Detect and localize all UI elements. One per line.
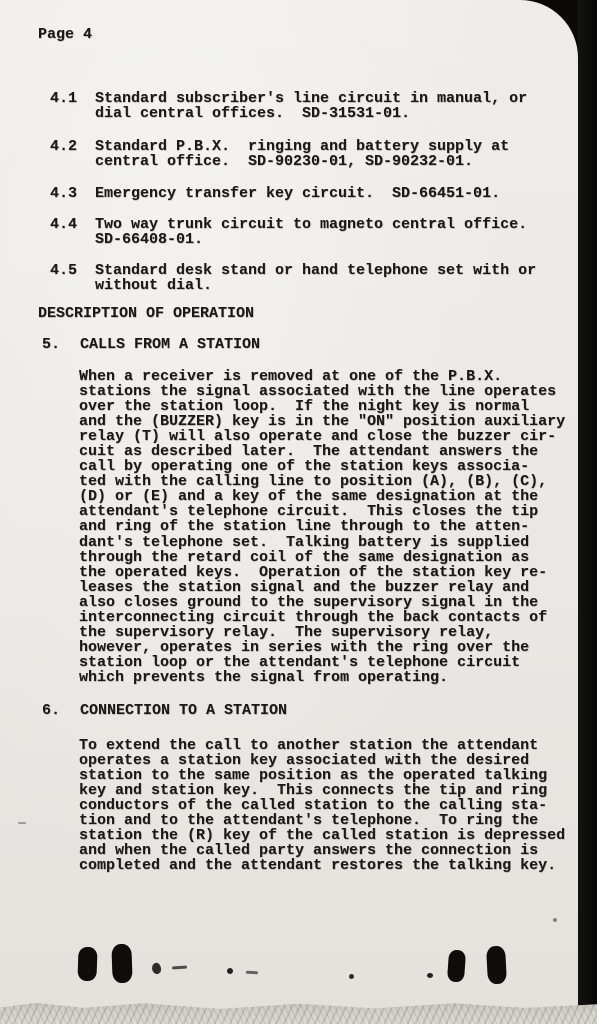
description-of-operation-heading: DESCRIPTION OF OPERATION [38, 306, 254, 321]
scan-dot-1 [227, 968, 233, 974]
list-item-4-4-text: Two way trunk circuit to magneto central… [95, 217, 527, 247]
ink-blob-3 [447, 949, 466, 982]
ink-blob-4 [486, 946, 507, 985]
scan-edge-shadow [578, 0, 597, 1010]
list-item-4-5-text: Standard desk stand or hand telephone se… [95, 263, 536, 293]
scan-dot-2 [349, 974, 354, 979]
scanned-document: Page 4 4.1 Standard subscriber's line ci… [0, 0, 597, 1024]
section-6-number: 6. [42, 703, 60, 718]
list-item-4-2-number: 4.2 [50, 139, 77, 154]
scan-dot-3 [427, 973, 433, 978]
list-item-4-1-text: Standard subscriber's line circuit in ma… [95, 91, 527, 121]
list-item-4-1-number: 4.1 [50, 91, 77, 106]
scan-speck-1 [553, 918, 557, 922]
list-item-4-4-number: 4.4 [50, 217, 77, 232]
list-item-4-5-number: 4.5 [50, 263, 77, 278]
scan-dash-1 [172, 965, 187, 969]
ink-splotch [150, 962, 163, 976]
section-6-body: To extend the call to another station th… [79, 738, 565, 873]
scan-dash-2 [246, 971, 258, 974]
section-5-body: When a receiver is removed at one of the… [79, 369, 565, 685]
list-item-4-2-text: Standard P.B.X. ringing and battery supp… [95, 139, 509, 169]
page-label: Page 4 [38, 27, 92, 42]
section-6-title: CONNECTION TO A STATION [80, 703, 287, 718]
section-5-title: CALLS FROM A STATION [80, 337, 260, 352]
list-item-4-3-text: Emergency transfer key circuit. SD-66451… [95, 186, 500, 201]
ink-blob-1 [77, 947, 97, 982]
ink-blob-2 [111, 944, 132, 984]
document-page: Page 4 4.1 Standard subscriber's line ci… [0, 0, 578, 1024]
scan-speck-2 [18, 822, 26, 824]
list-item-4-3-number: 4.3 [50, 186, 77, 201]
section-5-number: 5. [42, 337, 60, 352]
